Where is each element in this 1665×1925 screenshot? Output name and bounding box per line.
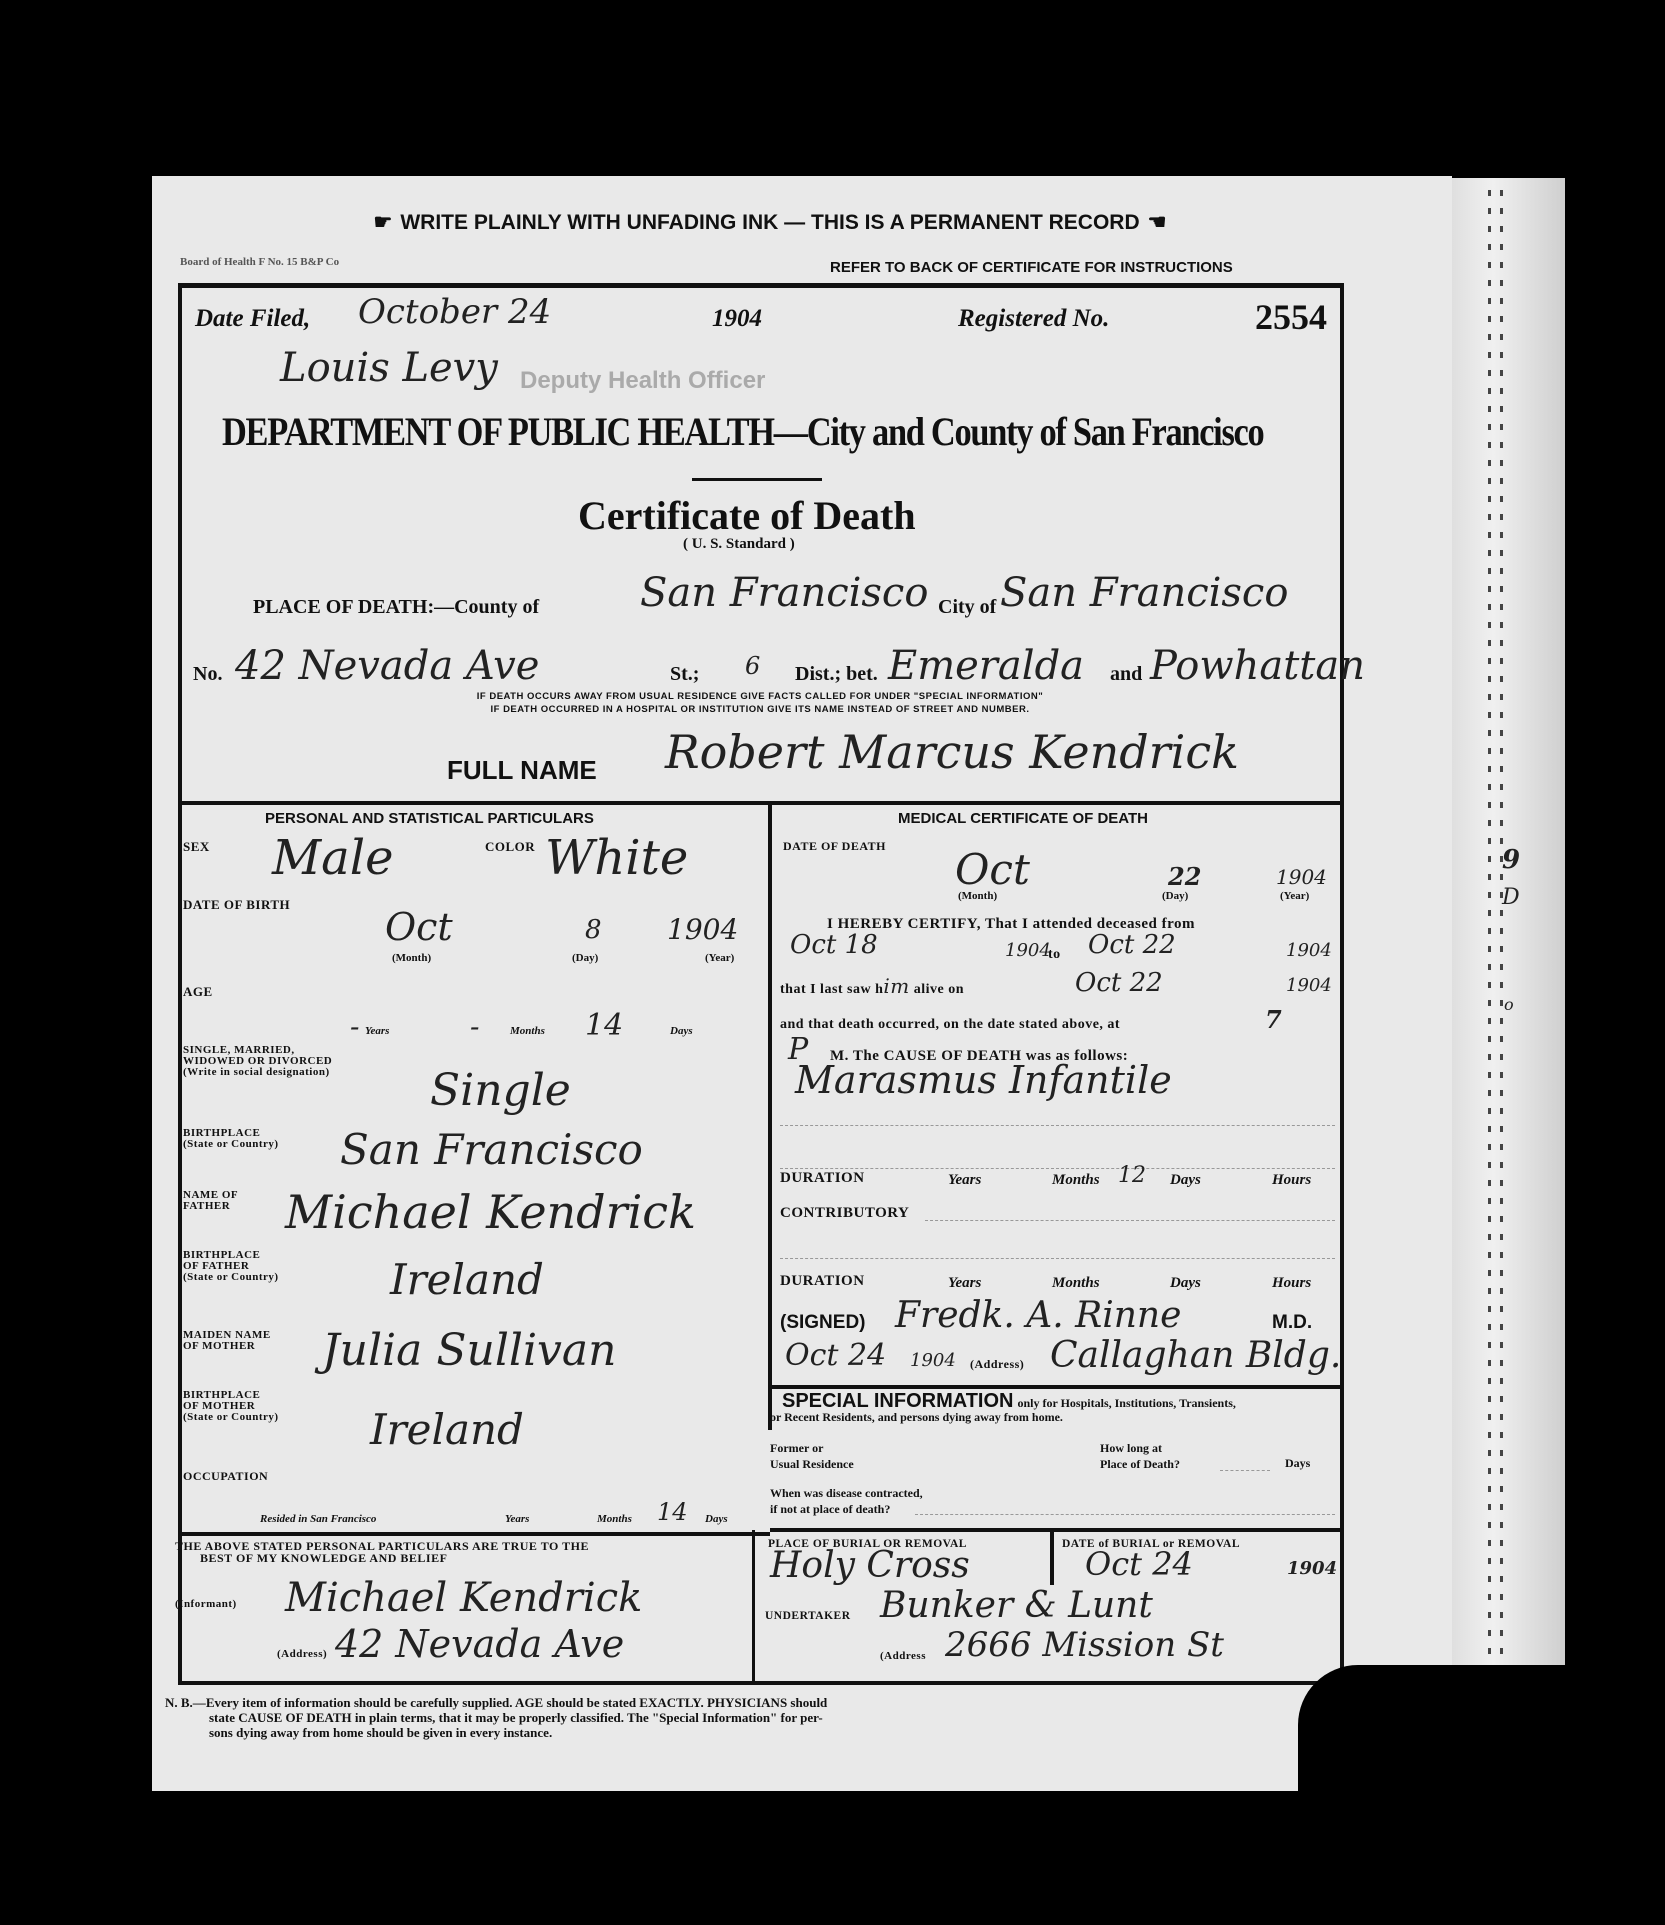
resided-months-label: Months [597,1513,632,1525]
pointing-hand-icon: ☛ [374,210,393,235]
last-saw-text: that I last saw him alive on [780,980,964,996]
contracted-label-line: When was disease contracted, [770,1485,923,1501]
county-value[interactable]: San Francisco [640,570,928,616]
father-label-line: FATHER [183,1201,238,1212]
birthplace-label-line: (State or Country) [183,1139,279,1150]
undertaker-label: UNDERTAKER [765,1610,851,1623]
alive-on-label: alive on [914,982,964,997]
dob-day[interactable]: 8 [585,915,602,945]
residence-note: IF DEATH OCCURS AWAY FROM USUAL RESIDENC… [320,690,1200,716]
birthplace-value[interactable]: San Francisco [340,1125,643,1174]
signed-year[interactable]: 1904 [910,1350,956,1371]
age-days-label: Days [670,1025,693,1037]
medical-heading: MEDICAL CERTIFICATE OF DEATH [898,810,1148,827]
informant-divider [178,1532,770,1536]
duration-months[interactable]: 12 [1118,1163,1146,1188]
special-heading-title: SPECIAL INFORMATION [782,1390,1013,1412]
informant-address[interactable]: 42 Nevada Ave [335,1622,624,1666]
lower-column-divider [752,1530,755,1685]
margin-mark: o [1504,995,1514,1014]
how-long-label-line: Place of Death? [1100,1456,1180,1472]
age-years-label: Years [365,1025,389,1037]
resided-label: Resided in San Francisco [260,1513,376,1525]
city-value[interactable]: San Francisco [1000,570,1288,616]
duration-months-label: Months [1052,1172,1100,1189]
personal-heading: PERSONAL AND STATISTICAL PARTICULARS [265,810,594,827]
attended-to[interactable]: Oct 22 [1088,930,1176,960]
father-name-value[interactable]: Michael Kendrick [285,1185,696,1239]
age-years[interactable]: - [350,1010,359,1043]
sex-label: SEX [183,840,210,853]
physician-address[interactable]: Callaghan Bldg. [1050,1335,1341,1376]
former-label-line: Former or [770,1440,854,1456]
dob-year-sublabel: (Year) [705,952,734,964]
undertaker-address[interactable]: 2666 Mission St [945,1625,1224,1665]
registered-number[interactable]: 2554 [1255,296,1327,338]
age-months-label: Months [510,1025,545,1037]
duration2-days-label: Days [1170,1275,1201,1292]
dod-month[interactable]: Oct [955,845,1030,894]
attended-from[interactable]: Oct 18 [790,930,878,960]
margin-mark: 9 [1502,845,1520,875]
informant-statement: THE ABOVE STATED PERSONAL PARTICULARS AR… [175,1540,589,1564]
father-name-label: NAME OF FATHER [183,1190,238,1212]
department-title: DEPARTMENT OF PUBLIC HEALTH—City and Cou… [222,408,1263,455]
last-saw-date[interactable]: Oct 22 [1075,968,1163,998]
date-filed-value[interactable]: October 24 [358,292,551,332]
mother-name-value[interactable]: Julia Sullivan [322,1325,616,1376]
sex-value[interactable]: Male [272,830,394,886]
duration2-years-label: Years [948,1275,981,1292]
burial-date[interactable]: Oct 24 [1085,1545,1193,1583]
instructions-note: REFER TO BACK OF CERTIFICATE FOR INSTRUC… [830,259,1233,276]
color-label: COLOR [485,840,535,853]
marital-label: SINGLE, MARRIED, WIDOWED OR DIVORCED (Wr… [183,1045,332,1078]
informant-statement-line: BEST OF MY KNOWLEDGE AND BELIEF [175,1552,589,1564]
duration2-label: DURATION [780,1275,865,1288]
signed-date[interactable]: Oct 24 [785,1338,886,1373]
mother-label-line: OF MOTHER [183,1341,271,1352]
ward-value[interactable]: 6 [745,652,760,680]
duration-years-label: Years [948,1172,981,1189]
title-divider [692,478,822,481]
dod-month-sublabel: (Month) [958,890,997,902]
informant-label: (Informant) [175,1598,237,1611]
burial-divider [770,1528,1344,1532]
how-long-label-line: How long at [1100,1440,1180,1456]
dob-month[interactable]: Oct [385,905,453,949]
father-birthplace-value[interactable]: Ireland [390,1255,544,1304]
occurred-text: and that death occurred, on the date sta… [780,1018,1120,1031]
cause-line [780,1125,1335,1126]
former-label-line: Usual Residence [770,1456,854,1472]
dod-year[interactable]: 1904 [1276,865,1327,889]
footnote-line: Every item of information should be care… [206,1695,827,1710]
resided-days-value[interactable]: 14 [657,1498,688,1526]
last-saw-him[interactable]: im [883,974,909,998]
full-name-label: FULL NAME [447,755,597,786]
contributory-line [780,1258,1335,1259]
marital-value[interactable]: Single [430,1065,571,1116]
residence-note-line-2: IF DEATH OCCURRED IN A HOSPITAL OR INSTI… [320,703,1200,716]
duration2-months-label: Months [1052,1275,1100,1292]
footnote-prefix: N. B.— [165,1695,206,1710]
scan-shadow [1298,1665,1665,1925]
banner-text: WRITE PLAINLY WITH UNFADING INK — THIS I… [400,211,1139,234]
mother-birthplace-label: BIRTHPLACE OF MOTHER (State or Country) [183,1390,279,1423]
between-street-2[interactable]: Powhattan [1150,643,1365,689]
last-saw-prefix: that I last saw h [780,982,883,997]
resided-years-label: Years [505,1513,529,1525]
how-long-days-label: Days [1285,1456,1310,1471]
us-standard: ( U. S. Standard ) [683,536,795,553]
undertaker-value[interactable]: Bunker & Lunt [880,1585,1153,1626]
duration-hours-label: Hours [1272,1172,1311,1189]
contributory-line [925,1220,1335,1221]
section-divider [178,801,1344,805]
permanent-record-banner: ☛WRITE PLAINLY WITH UNFADING INK — THIS … [240,210,1300,235]
father-bp-label-line: (State or Country) [183,1272,279,1283]
dob-label: DATE OF BIRTH [183,898,290,911]
burial-place[interactable]: Holy Cross [770,1545,970,1586]
father-birthplace-label: BIRTHPLACE OF FATHER (State or Country) [183,1250,279,1283]
informant-address-label: (Address) [277,1648,327,1661]
between-street-1[interactable]: Emeralda [888,643,1084,689]
dob-month-sublabel: (Month) [392,952,431,964]
special-heading-note: only for Hospitals, Institutions, Transi… [1017,1396,1235,1410]
cause-line [780,1168,1335,1169]
page-stack-edge [1445,178,1565,1773]
and-label: and [1110,663,1142,686]
duration-days-label: Days [1170,1172,1201,1189]
footnote-line: sons dying away from home should be give… [165,1725,827,1740]
marital-label-line: (Write in social designation) [183,1067,332,1078]
age-months[interactable]: - [470,1010,479,1043]
dod-day[interactable]: 22 [1168,862,1201,891]
certificate-title: Certificate of Death [578,492,916,539]
contracted-label-line: if not at place of death? [770,1501,923,1517]
column-divider [768,805,772,1430]
contracted-line [915,1514,1335,1515]
filed-year: 1904 [712,305,762,333]
special-divider [770,1385,1344,1389]
pointing-hand-icon: ☚ [1148,210,1167,235]
birthplace-label: BIRTHPLACE (State or Country) [183,1128,279,1150]
street-number-label: No. [193,663,222,686]
district-label: Dist.; bet. [795,663,878,686]
residence-note-line-1: IF DEATH OCCURS AWAY FROM USUAL RESIDENC… [320,690,1200,703]
dob-day-sublabel: (Day) [572,952,598,964]
dob-year[interactable]: 1904 [667,913,738,946]
street-value[interactable]: 42 Nevada Ave [235,643,539,689]
how-long-label: How long at Place of Death? [1100,1440,1180,1472]
contributory-label: CONTRIBUTORY [780,1207,909,1220]
color-value[interactable]: White [545,830,688,886]
occupation-label: OCCUPATION [183,1470,268,1483]
full-name-value[interactable]: Robert Marcus Kendrick [665,725,1239,779]
death-time[interactable]: 7 [1265,1005,1282,1034]
cause-of-death[interactable]: Marasmus Infantile [795,1058,1172,1102]
how-long-line [1220,1470,1270,1471]
city-label: City of [938,596,996,619]
signed-label: (SIGNED) [780,1312,866,1334]
last-saw-year[interactable]: 1904 [1286,975,1332,996]
attended-to-year[interactable]: 1904 [1286,940,1332,961]
duration-label: DURATION [780,1172,865,1185]
date-filed-label: Date Filed, [195,305,310,333]
physician-address-label: (Address) [970,1358,1024,1371]
dod-year-sublabel: (Year) [1280,890,1309,902]
burial-column-divider [1050,1530,1054,1585]
ward-label: St.; [670,663,699,686]
place-of-death-label: PLACE OF DEATH:—County of [253,596,539,619]
physician-signature[interactable]: Fredk. A. Rinne [895,1295,1181,1336]
mother-birthplace-value[interactable]: Ireland [370,1405,524,1454]
dod-day-sublabel: (Day) [1162,890,1188,902]
to-label: to [1048,948,1061,961]
form-reference: Board of Health F No. 15 B&P Co [180,256,339,268]
burial-year[interactable]: 1904 [1287,1558,1337,1579]
duration2-hours-label: Hours [1272,1275,1311,1292]
undertaker-address-label: (Address [880,1650,926,1663]
informant-name[interactable]: Michael Kendrick [285,1575,642,1621]
registered-label: Registered No. [958,305,1109,333]
md-label: M.D. [1272,1312,1312,1334]
special-heading-note-2: or Recent Residents, and persons dying a… [770,1410,1063,1425]
former-residence-label: Former or Usual Residence [770,1440,854,1472]
footnote-line: state CAUSE OF DEATH in plain terms, tha… [165,1710,827,1725]
mother-bp-label-line: (State or Country) [183,1412,279,1423]
margin-mark: D [1502,885,1520,910]
dod-label: DATE OF DEATH [783,840,886,853]
resided-days-label: Days [705,1513,728,1525]
age-days[interactable]: 14 [585,1008,623,1043]
page-edge-line [1488,190,1491,1730]
page-edge-line [1500,190,1503,1730]
attended-from-year[interactable]: 1904 [1005,940,1051,961]
contracted-label: When was disease contracted, if not at p… [770,1485,923,1517]
mother-name-label: MAIDEN NAME OF MOTHER [183,1330,271,1352]
footnote: N. B.—Every item of information should b… [165,1695,827,1740]
officer-signature[interactable]: Louis Levy [280,345,498,391]
officer-title: Deputy Health Officer [520,367,765,395]
age-label: AGE [183,985,213,998]
